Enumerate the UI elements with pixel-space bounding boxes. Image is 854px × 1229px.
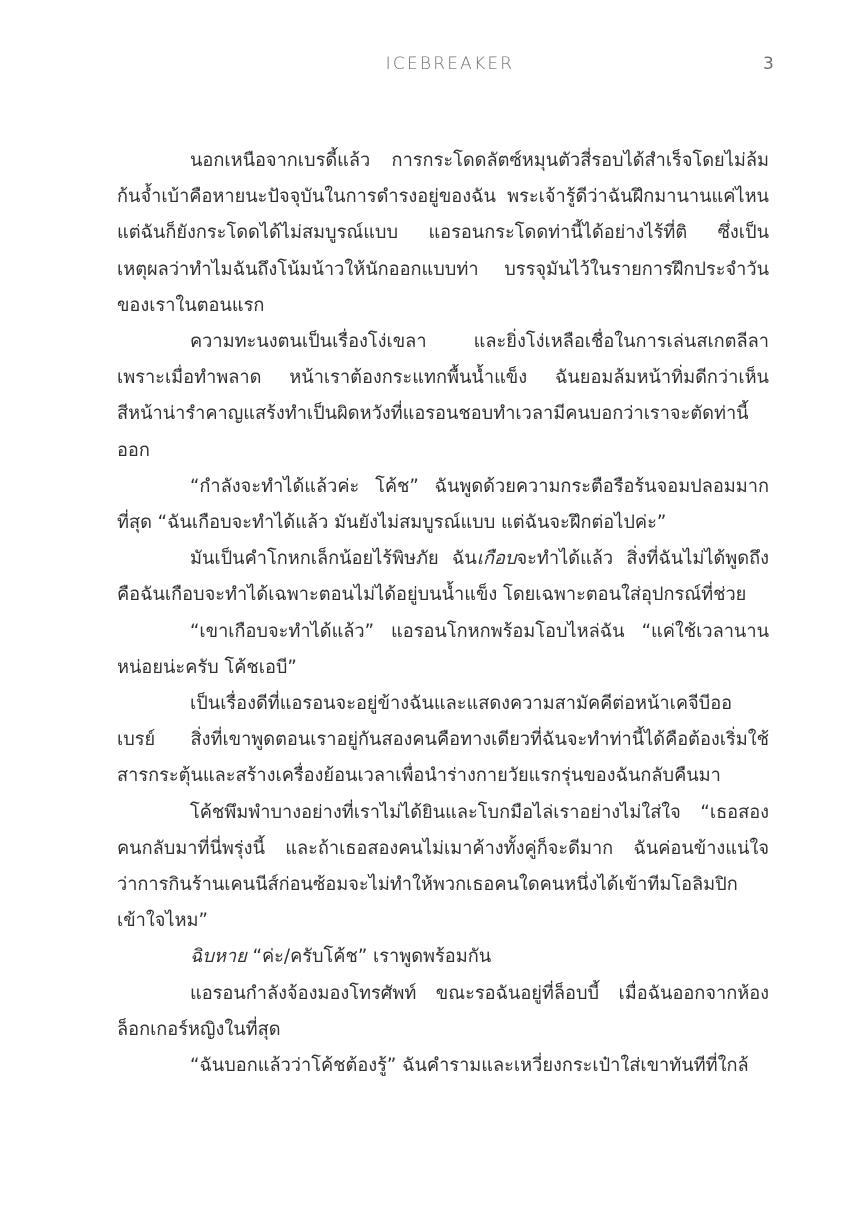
paragraph-4-before: มันเป็นคำโกหกเล็กน้อยไร้พิษภัย ฉัน: [190, 548, 477, 569]
paragraph-4: มันเป็นคำโกหกเล็กน้อยไร้พิษภัย ฉันเกือบจ…: [117, 541, 769, 613]
page-number: 3: [763, 54, 774, 74]
paragraph-7: โค้ชพึมพำบางอย่างที่เราไม่ได้ยินและโบกมื…: [117, 795, 769, 940]
paragraph-8: ฉิบหาย “ค่ะ/ครับโค้ช” เราพูดพร้อมกัน: [117, 939, 769, 975]
paragraph-9: แอรอนกำลังจ้องมองโทรศัพท์ ขณะรอฉันอยู่ที…: [117, 976, 769, 1048]
paragraph-8-after: “ค่ะ/ครับโค้ช” เราพูดพร้อมกัน: [247, 946, 491, 967]
paragraph-8-emphasis: ฉิบหาย: [190, 946, 247, 967]
paragraph-3: “กำลังจะทำได้แล้วค่ะ โค้ช” ฉันพูดด้วยควา…: [117, 469, 769, 541]
paragraph-5: “เขาเกือบจะทำได้แล้ว” แอรอนโกหกพร้อมโอบไ…: [117, 614, 769, 686]
paragraph-6: เป็นเรื่องดีที่แอรอนจะอยู่ข้างฉันและแสดง…: [117, 686, 769, 795]
paragraph-10: “ฉันบอกแล้วว่าโค้ชต้องรู้” ฉันคำรามและเห…: [117, 1048, 769, 1084]
paragraph-2: ความทะนงตนเป็นเรื่องโง่เขลา และยิ่งโง่เห…: [117, 324, 769, 469]
paragraph-1: นอกเหนือจากเบรดี้แล้ว การกระโดดลัตซ์หมุน…: [117, 143, 769, 324]
running-header: ICEBREAKER 3: [0, 54, 854, 80]
paragraph-4-emphasis: เกือบ: [477, 548, 517, 569]
running-title: ICEBREAKER: [0, 54, 854, 74]
body-text: นอกเหนือจากเบรดี้แล้ว การกระโดดลัตซ์หมุน…: [117, 143, 769, 1084]
